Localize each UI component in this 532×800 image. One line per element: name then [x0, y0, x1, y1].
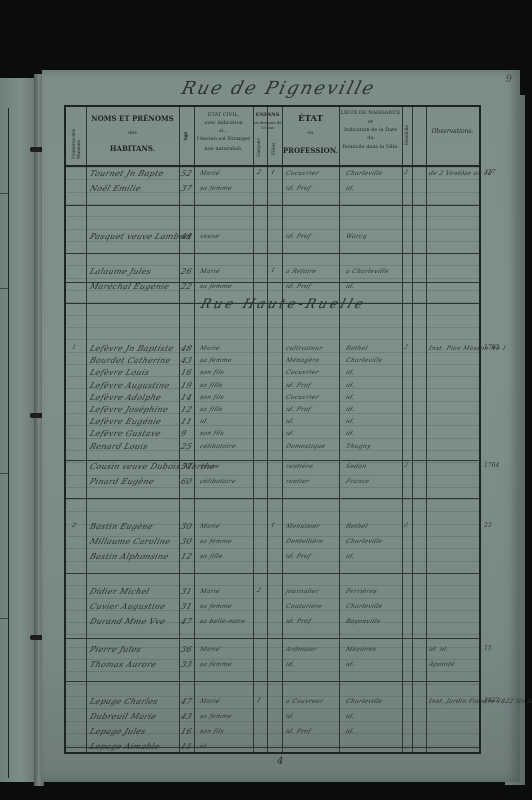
header-girls: Filles	[272, 141, 277, 155]
resident-name: Cousin veuve Dubois Marthe	[89, 462, 217, 471]
page-footer-mark: 4	[277, 756, 283, 767]
header-civil-4: l'Ancien est Étranger	[194, 137, 253, 143]
domicile-mark: 2	[403, 462, 409, 469]
ruled-line	[66, 229, 479, 230]
resident-age: 30	[180, 537, 194, 546]
header-civil-5: non naturalisé.	[194, 147, 253, 153]
ruled-line	[66, 708, 479, 709]
header-age: Age	[184, 129, 189, 141]
profession: Cocuvrier	[285, 369, 320, 376]
ruled-line	[66, 511, 479, 512]
civil-status: id.	[199, 743, 210, 750]
birthplace: Charleville	[345, 603, 384, 610]
birthplace: Ferrières	[345, 588, 378, 595]
civil-status: sa femme	[199, 661, 233, 668]
ruled-line	[66, 327, 479, 328]
header-birthplace-2: et	[339, 120, 402, 126]
resident-name: Pinard Eugène	[89, 477, 156, 486]
profession: Dentellière	[285, 538, 324, 545]
resident-name: Lepage Charles	[89, 697, 160, 706]
ruled-line	[66, 598, 479, 599]
header-boys: Garçons	[257, 139, 262, 157]
civil-status: son fils	[199, 430, 225, 437]
birthplace: id.	[345, 728, 356, 735]
resident-name: Bastin Eugène	[89, 522, 155, 531]
ruled-line	[66, 487, 479, 488]
household-divider	[66, 460, 479, 461]
civil-status: son fils	[199, 369, 225, 376]
header-profession-3: PROFESSION.	[282, 147, 339, 155]
resident-name: Bourdet Catherine	[89, 356, 173, 365]
civil-status: id.	[199, 418, 210, 425]
resident-name: Pasquet veuve Lambert	[89, 232, 194, 241]
margin-register-number: 15	[484, 645, 492, 652]
house-number: 1	[71, 344, 77, 351]
civil-status: son fils	[199, 394, 225, 401]
domicile-mark: 2	[403, 169, 409, 176]
resident-name: Lefèvre Jn Baptiste	[89, 344, 176, 353]
header-birthplace-1: LIEUX DE NAISSANCE	[339, 111, 402, 117]
civil-status: son fils	[199, 728, 225, 735]
ruled-line	[66, 548, 479, 549]
observation-note: Apointé	[428, 661, 456, 668]
profession: rentière	[285, 463, 314, 470]
resident-age: 47	[180, 617, 194, 626]
resident-name: Dubreuil Marie	[89, 712, 158, 721]
domicile-mark: 2	[403, 522, 409, 529]
resident-age: 31	[180, 587, 194, 596]
profession: id.	[285, 713, 296, 720]
profession: id. Prof	[285, 618, 312, 625]
birthplace: Thugny	[345, 443, 372, 450]
household-divider	[66, 681, 479, 682]
resident-name: Tournet Jn Bapte	[89, 169, 166, 178]
birthplace: id.	[345, 713, 356, 720]
house-number: 2	[71, 522, 77, 529]
margin-register-number: 23	[484, 522, 492, 529]
profession: Ardoisier	[285, 646, 318, 653]
birthplace: Charleville	[345, 538, 384, 545]
observation-note: id. id.	[428, 646, 450, 653]
header-names-1: NOMS ET PRÉNOMS	[86, 115, 179, 123]
profession: id.	[285, 418, 296, 425]
header-profession-2: ou	[282, 131, 339, 137]
civil-status: Marié	[199, 345, 221, 352]
ruled-line	[66, 499, 479, 500]
resident-name: Lepage Jules	[89, 727, 148, 736]
household-divider	[66, 253, 479, 254]
household-divider	[66, 498, 479, 499]
header-names-2: des	[86, 131, 179, 137]
resident-name: Bastin Alphonsine	[89, 552, 170, 561]
profession: Ménagère	[285, 357, 321, 364]
household-divider	[66, 205, 479, 206]
profession: cultivateur	[285, 345, 324, 352]
resident-name: Millaume Caroline	[89, 537, 172, 546]
birthplace: Sedan	[345, 463, 368, 470]
header-birthplace-3: Indication de la Date	[339, 128, 402, 134]
header-domicile: Domicile	[405, 119, 410, 145]
resident-age: 33	[180, 660, 194, 669]
resident-age: 52	[180, 169, 194, 178]
birthplace: Charleville	[345, 357, 384, 364]
profession: id. Prof	[285, 553, 312, 560]
resident-name: Noël Emilie	[89, 184, 143, 193]
birthplace: Charleville	[345, 698, 384, 705]
ruled-line	[66, 684, 479, 685]
profession: id. Prof	[285, 728, 312, 735]
profession: Cocuvrier	[285, 394, 320, 401]
household-divider	[66, 573, 479, 574]
birthplace: Rethel	[345, 345, 369, 352]
birthplace: id.	[345, 430, 356, 437]
civil-status: sa fille	[199, 382, 224, 389]
profession: Couturière	[285, 603, 323, 610]
profession: id.	[285, 430, 296, 437]
margin-register-number: 1763	[484, 344, 499, 351]
profession: id. Prof	[285, 185, 312, 192]
resident-age: 60	[180, 477, 194, 486]
resident-name: Didier Michel	[89, 587, 151, 596]
civil-status: Marié	[199, 268, 221, 275]
civil-status: Marié	[199, 523, 221, 530]
profession: journalier	[285, 588, 320, 595]
profession: a Refaire	[285, 268, 318, 275]
left-page-line	[0, 288, 8, 289]
birthplace: Rethel	[345, 523, 369, 530]
resident-age: 30	[180, 522, 194, 531]
ruled-line	[66, 315, 479, 316]
birthplace: Mézières	[345, 646, 378, 653]
ruled-line	[66, 216, 479, 217]
civil-status: sa belle-mère	[199, 618, 246, 625]
header-names-3: HABITANS.	[86, 145, 179, 153]
ruled-line	[66, 634, 479, 635]
civil-status: célibataire	[199, 478, 237, 485]
profession: id. Prof	[285, 233, 312, 240]
resident-age: 11	[180, 742, 194, 751]
civil-status: sa femme	[199, 713, 233, 720]
birthplace: Charleville	[345, 170, 384, 177]
ruled-line	[66, 339, 479, 340]
birthplace: id.	[345, 406, 356, 413]
left-page-line	[0, 193, 8, 194]
section-heading: Rue Haute-Ruelle	[199, 297, 368, 312]
resident-name: Lefèvre Joséphine	[89, 405, 170, 414]
civil-status: sa femme	[199, 357, 233, 364]
profession: id. Prof	[285, 382, 312, 389]
domicile-mark: 2	[403, 344, 409, 351]
profession: Cocuvrier	[285, 170, 320, 177]
civil-status: sa femme	[199, 538, 233, 545]
girls-count: 1	[270, 169, 276, 176]
profession: rentier	[285, 478, 310, 485]
margin-register-number: 327	[484, 169, 495, 176]
header-civil-2: avec indication	[194, 121, 253, 127]
ruled-line	[66, 167, 479, 168]
civil-status: célibataire	[199, 443, 237, 450]
header-observations: Observations.	[426, 129, 479, 136]
profession: id. Prof	[285, 406, 312, 413]
civil-status: sa fille	[199, 553, 224, 560]
civil-status: Marié	[199, 698, 221, 705]
civil-status: Marié	[199, 170, 221, 177]
margin-register-number: 1822	[484, 697, 499, 704]
birthplace: id.	[345, 553, 356, 560]
civil-status: Marié	[199, 646, 221, 653]
census-table: Numéros des Maisons NOMS ET PRÉNOMS des …	[64, 105, 481, 754]
resident-name: Lepage Aimable	[89, 742, 162, 751]
header-civil-3: si...	[194, 129, 253, 135]
folio-number: 9	[506, 74, 512, 85]
resident-name: Pierre Jules	[89, 645, 143, 654]
birthplace: id.	[345, 283, 356, 290]
resident-age: 16	[180, 727, 194, 736]
resident-age: 47	[180, 697, 194, 706]
resident-name: Cuvier Augustine	[89, 602, 167, 611]
header-children-sub: au-dessous de 15 ans	[253, 121, 282, 130]
resident-name: Thomas Aurore	[89, 660, 158, 669]
boys-count: 2	[256, 587, 262, 594]
civil-status: sa femme	[199, 283, 233, 290]
resident-name: Lalaume Jules	[89, 267, 153, 276]
header-birthplace-5: Domicile dans la Ville.	[339, 145, 402, 151]
boys-count: 1	[256, 697, 262, 704]
ruled-line	[66, 671, 479, 672]
left-page-line	[0, 473, 8, 474]
ruled-line	[66, 278, 479, 279]
boys-count: 2	[256, 169, 262, 176]
birthplace: France	[345, 478, 370, 485]
resident-age: 48	[180, 232, 194, 241]
household-divider	[66, 638, 479, 639]
resident-name: Lefèvre Louis	[89, 368, 151, 377]
ruled-line	[66, 475, 479, 476]
profession: Domestique	[285, 443, 327, 450]
civil-status: sa femme	[199, 185, 233, 192]
ruled-line	[66, 179, 479, 180]
header-house-number: Numéros des Maisons	[72, 119, 82, 159]
resident-name: Durand Mme Vve	[89, 617, 167, 626]
street-heading: Rue de Pigneville	[179, 78, 378, 99]
header-civil-1: ÉTAT CIVIL,	[194, 113, 253, 119]
birthplace: id.	[345, 418, 356, 425]
birthplace: a Charleville	[345, 268, 390, 275]
civil-status: veuve	[199, 233, 221, 240]
header-children: ENFANS	[253, 113, 282, 119]
resident-name: Lefèvre Eugénie	[89, 417, 163, 426]
margin-register-number: 1764	[484, 462, 499, 469]
birthplace: Bayonville	[345, 618, 382, 625]
profession: id.	[285, 661, 296, 668]
girls-count: 1	[270, 267, 276, 274]
civil-status: sa fille	[199, 406, 224, 413]
resident-name: Maréchal Eugénie	[89, 282, 171, 291]
profession: a Couvreur	[285, 698, 324, 705]
birthplace: id.	[345, 661, 356, 668]
header-birthplace-4: du	[339, 136, 402, 142]
profession: id. Prof	[285, 283, 312, 290]
resident-age: 26	[180, 267, 194, 276]
civil-status: Marié	[199, 588, 221, 595]
resident-name: Lefèvre Augustine	[89, 381, 171, 390]
resident-name: Renard Louis	[89, 442, 150, 451]
civil-status: sa femme	[199, 603, 233, 610]
resident-name: Lefèvre Gustave	[89, 429, 163, 438]
birthplace: Warcq	[345, 233, 368, 240]
left-page-line	[0, 618, 8, 619]
civil-status: veuve	[199, 463, 221, 470]
resident-name: Lefèvre Adolphe	[89, 393, 163, 402]
resident-age: 36	[180, 645, 194, 654]
profession: Menuisier	[285, 523, 321, 530]
observation-note: Inst. Jardin Flandre 1822 No 48	[428, 698, 532, 705]
facing-left-page	[0, 78, 36, 782]
header-profession-1: ÉTAT	[282, 115, 339, 125]
left-page-rule	[8, 108, 9, 778]
register-page: Rue de Pigneville 9 Numéros des Maisons …	[42, 70, 520, 782]
girls-count: 1	[270, 522, 276, 529]
